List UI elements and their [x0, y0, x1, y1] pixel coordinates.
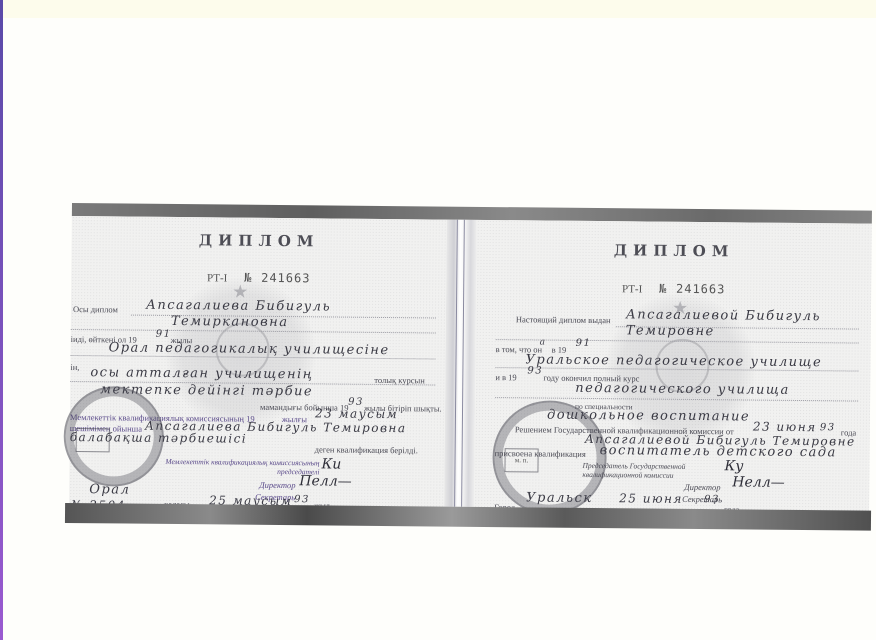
hand-qualification: воспитатель детского сада [600, 443, 837, 460]
signature-director: Нелл— [732, 474, 784, 491]
label-chair: Мемлекеттік квалификациялық комиссиясыны… [149, 457, 319, 477]
diploma-title: ДИПЛОМ [72, 230, 447, 252]
hand-entered-a: а [540, 337, 547, 347]
series: РТ-І [207, 272, 227, 284]
label-graduated: и в 19 [495, 372, 516, 382]
hand-name-line2: Темиркановна [171, 314, 289, 330]
round-seal-stamp: м. п. [492, 400, 607, 515]
diploma-serial: РТ-І № 241663 [71, 269, 446, 287]
right-page-russian: ★ ДИПЛОМ РТ-І № 241663 Настоящий диплом … [474, 220, 872, 511]
diploma-title: ДИПЛОМ [476, 240, 871, 262]
hand-decision-date: 23 июня [753, 420, 817, 435]
signature-chair: Ку [724, 458, 743, 474]
hand-date: 25 июня [619, 491, 683, 506]
label-issued-to: Осы диплом [73, 304, 118, 314]
hand-decision-year: 93 [820, 422, 836, 433]
stamp-place-box [76, 428, 110, 452]
hand-entered-year: 91 [156, 329, 172, 340]
hand-name-line1: Апсагалиевой Бибигуль [626, 307, 821, 324]
diploma-serial: РТ-І № 241663 [476, 280, 871, 298]
label-issued-to: Настоящий диплом выдан [516, 314, 611, 325]
hand-name-line2: Темировне [626, 323, 715, 339]
scan-edge [0, 0, 3, 640]
diploma-spread: ★ ДИПЛОМ РТ-І № 241663 Осы диплом Апсага… [69, 203, 872, 541]
signature-director: Пелл— [299, 473, 351, 490]
label-director: Директор [259, 480, 295, 490]
label-qualification-given: деген квалификация берілді. [315, 444, 418, 455]
series: РТ-І [622, 283, 642, 295]
signature-chair: Ки [321, 456, 341, 472]
round-seal-stamp [63, 386, 164, 487]
label-director: Директор [684, 482, 720, 492]
label-in: ін, [70, 362, 79, 372]
hand-name-line1: Апсагалиева Бибигуль [146, 298, 331, 315]
stamp-place-box: м. п. [504, 448, 538, 472]
left-page-kazakh: ★ ДИПЛОМ РТ-І № 241663 Осы диплом Апсага… [69, 216, 447, 507]
hand-entered-year: 91 [576, 338, 592, 349]
center-fold [444, 220, 477, 507]
hand-commission-date: 23 маусым [315, 406, 398, 421]
hand-program: педагогического училища [575, 381, 790, 398]
hand-year: 93 [704, 494, 720, 505]
number-sign: № [244, 271, 252, 285]
diploma-number: 241663 [261, 271, 310, 285]
hand-grad-year: 93 [527, 365, 543, 376]
hand-year: 93 [294, 494, 310, 505]
scan-top-tint [3, 0, 876, 18]
number-sign: № [659, 282, 667, 296]
diploma-number: 241663 [676, 282, 725, 296]
